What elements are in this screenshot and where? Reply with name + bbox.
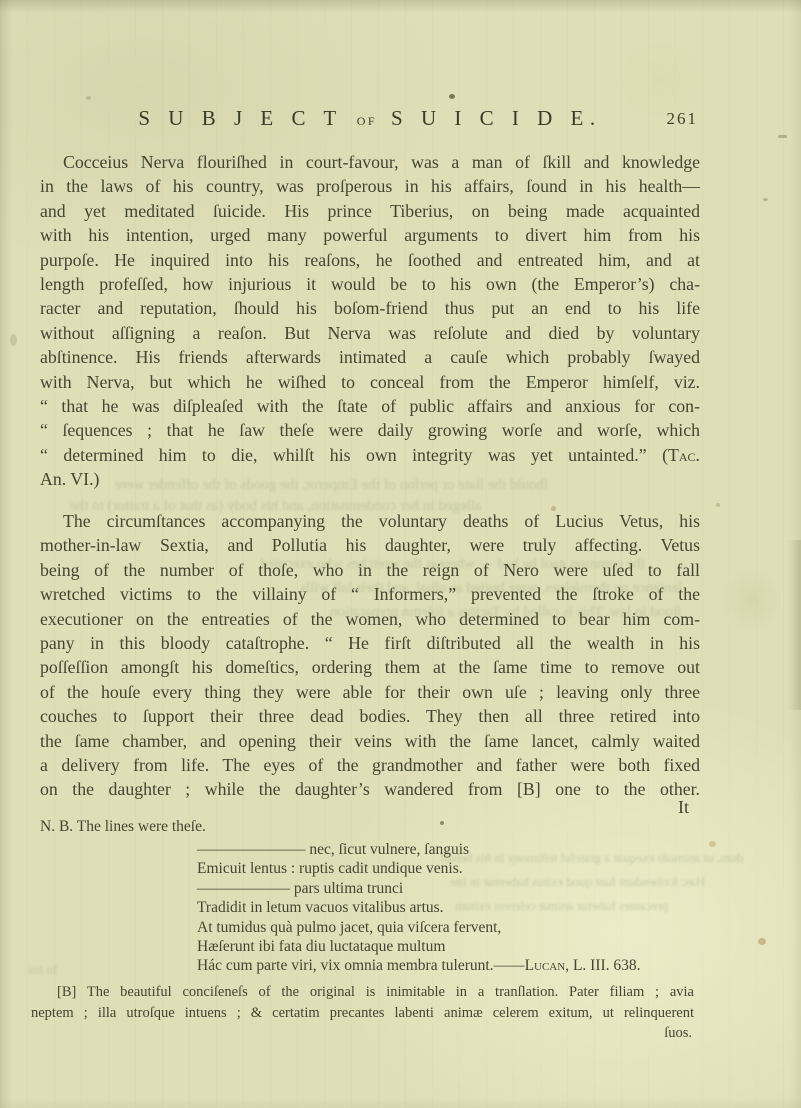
verse-line: At tumidus quà pulmo jacet, quia viſcera… — [197, 918, 641, 937]
title-word-of: of — [357, 110, 377, 129]
paragraph-vetus: The circumſtances accompanying the volun… — [40, 509, 700, 802]
text-line: length profeſſed, how injurious it would… — [40, 272, 700, 296]
text-line: An. VI.) — [40, 467, 700, 491]
text-line: with his intention, urged many powerful … — [40, 223, 700, 247]
text-line: mother-in-law Sextia, and Pollutia his d… — [40, 533, 700, 557]
verse-line: Emicuit lentus : ruptis cadit undique ve… — [197, 859, 641, 878]
title-word-suicide: S U I C I D E. — [391, 106, 602, 130]
citation-ref: , L. III. 638. — [565, 957, 640, 974]
title-word-subject: S U B J E C T — [138, 106, 342, 130]
verse-line: Tradidit in letum vacuos vitalibus artus… — [197, 898, 641, 917]
lucan-verse-block: ——————— nec, ſicut vulnere, ſanguis Emic… — [197, 840, 641, 976]
text-line: pany in this bloody cataſtrophe. “ He fi… — [40, 631, 700, 655]
footnote-nb-line: N. B. The lines were theſe. — [40, 818, 206, 836]
text-line: being of the number of thoſe, who in the… — [40, 558, 700, 582]
text-line: abſtinence. His friends afterwards intim… — [40, 345, 700, 369]
text-line: the ſame chamber, and opening their vein… — [40, 729, 700, 753]
page-number: 261 — [667, 109, 699, 129]
text-line: wretched victims to the villainy of “ In… — [40, 582, 700, 606]
footnote-b-block: [B] The beautiful conciſeneſs of the ori… — [31, 982, 694, 1044]
lucan-smallcaps: Lucan — [525, 957, 566, 974]
text-line: with Nerva, but which he wiſhed to conce… — [40, 370, 700, 394]
text-line: poſſeſſion amongſt his domeſtics, orderi… — [40, 655, 700, 679]
verse-line: Hæſerunt ibi fata diu luctataque multum — [197, 937, 641, 956]
text-line: The circumſtances accompanying the volun… — [40, 509, 700, 533]
text-line: couches to ſupport their three dead bodi… — [40, 704, 700, 728]
text-line: racter and reputation, ſhould his boſom-… — [40, 296, 700, 320]
printed-text-layer: S U B J E C TofS U I C I D E. 261 Coccei… — [0, 0, 801, 1108]
text-line: “ that he was diſpleaſed with the ſtate … — [40, 394, 700, 418]
verse-line-lucan-citation: Hác cum parte viri, vix omnia membra tul… — [197, 956, 641, 975]
running-header: S U B J E C TofS U I C I D E. 261 — [40, 106, 700, 134]
footnote-line: [B] The beautiful conciſeneſs of the ori… — [31, 982, 694, 1003]
page-title: S U B J E C TofS U I C I D E. — [40, 106, 700, 131]
footnote-last-word: ſuos. — [31, 1023, 694, 1044]
verse-text: Hác cum parte viri, vix omnia membra tul… — [197, 957, 525, 974]
verse-line: ——————— nec, ſicut vulnere, ſanguis — [197, 840, 641, 859]
text-line: “ ſequences ; that he ſaw theſe were dai… — [40, 418, 700, 442]
text-line: a delivery from life. The eyes of the gr… — [40, 753, 700, 777]
text-line: without aſſigning a reaſon. But Nerva wa… — [40, 321, 700, 345]
text-line: Cocceius Nerva flouriſhed in court-favou… — [40, 150, 700, 174]
tacitus-smallcaps: Tac. — [668, 445, 700, 465]
verse-line: —————— pars ultima trunci — [197, 879, 641, 898]
catchword: It — [678, 797, 689, 818]
quote-text: “ determined him to die, whilſt his own … — [40, 445, 668, 465]
footnote-line: neptem ; illa utroſque intuens ; & certa… — [31, 1003, 694, 1024]
text-line: in the laws of his country, was proſpero… — [40, 174, 700, 198]
paragraph-nerva: Cocceius Nerva flouriſhed in court-favou… — [40, 150, 700, 492]
text-line: of the houſe every thing they were able … — [40, 680, 700, 704]
text-line: and yet meditated ſuicide. His prince Ti… — [40, 199, 700, 223]
text-line-footnote-ref: on the daughter ; while the daughter’s w… — [40, 777, 700, 801]
book-page-scan: ſhould the ſtate or perſon of the Empero… — [0, 0, 801, 1108]
text-line: purpoſe. He inquired into his reaſons, h… — [40, 248, 700, 272]
text-line: executioner on the entreaties of the wom… — [40, 607, 700, 631]
text-line-tacitus-citation: “ determined him to die, whilſt his own … — [40, 443, 700, 467]
